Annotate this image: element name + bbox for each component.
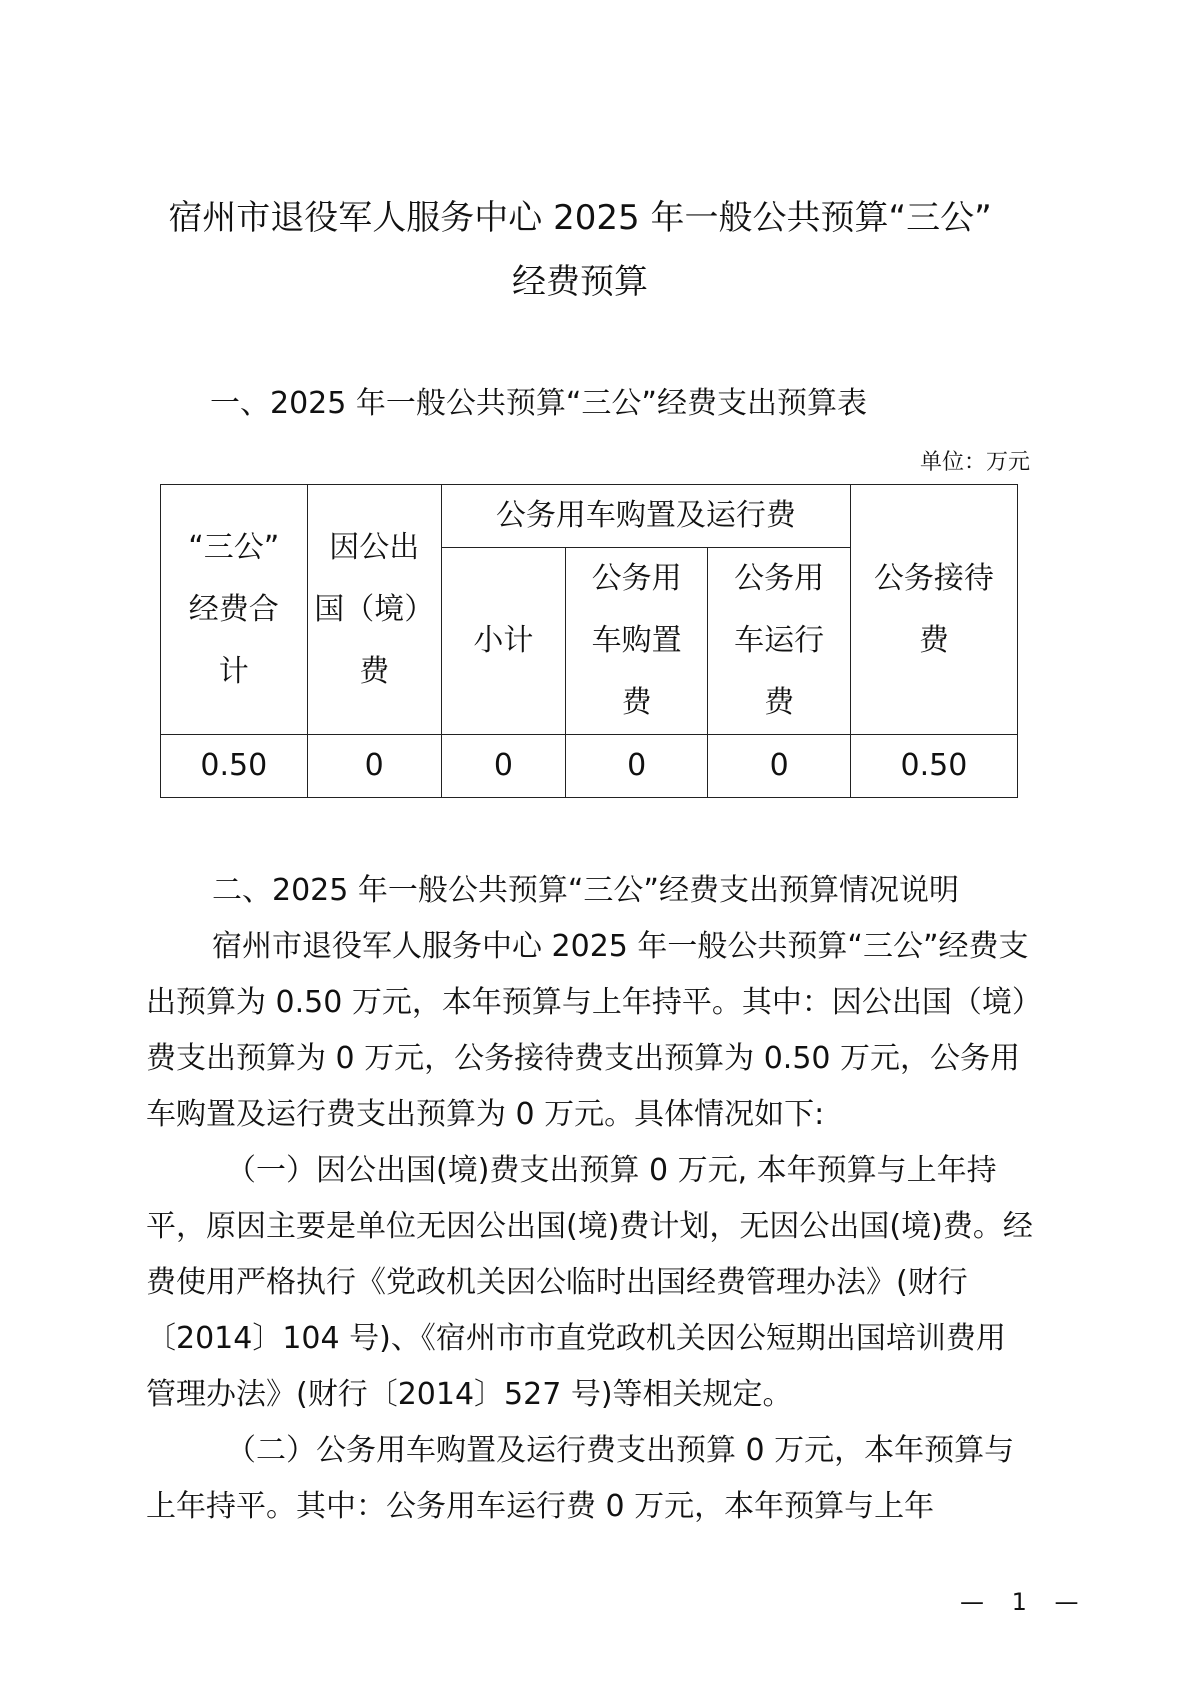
cell-vehicle-operation: 0	[708, 735, 850, 798]
header-vehicle-operation: 公务用 车运行 费	[708, 548, 850, 735]
page-number: — 1 —	[960, 1588, 1089, 1616]
cell-total: 0.50	[161, 735, 308, 798]
header-abroad: 因公出 国（境） 费	[307, 485, 441, 735]
paragraph-vehicle: （二）公务用车购置及运行费支出预算 0 万元，本年预算与上年持平。其中：公务用车…	[146, 1423, 1034, 1535]
header-reception: 公务接待 费	[850, 485, 1017, 735]
title-line-2: 经费预算	[130, 250, 1030, 314]
title-line-1: 宿州市退役军人服务中心 2025 年一般公共预算“三公”	[130, 186, 1030, 250]
header-vehicle-group: 公务用车购置及运行费	[441, 485, 850, 548]
unit-label: 单位：万元	[920, 445, 1030, 476]
cell-reception: 0.50	[850, 735, 1017, 798]
paragraph-summary: 宿州市退役军人服务中心 2025 年一般公共预算“三公”经费支出预算为 0.50…	[146, 919, 1034, 1143]
header-total: “三公” 经费合 计	[161, 485, 308, 735]
cell-subtotal: 0	[441, 735, 565, 798]
section2-heading: 二、2025 年一般公共预算“三公”经费支出预算情况说明	[146, 863, 1034, 919]
header-subtotal: 小计	[441, 548, 565, 735]
section1-heading: 一、2025 年一般公共预算“三公”经费支出预算表	[210, 378, 867, 422]
header-vehicle-purchase: 公务用 车购置 费	[565, 548, 707, 735]
document-title: 宿州市退役军人服务中心 2025 年一般公共预算“三公” 经费预算	[130, 186, 1030, 314]
cell-abroad: 0	[307, 735, 441, 798]
paragraph-abroad: （一）因公出国(境)费支出预算 0 万元, 本年预算与上年持平，原因主要是单位无…	[146, 1143, 1034, 1423]
budget-table: “三公” 经费合 计 因公出 国（境） 费 公务用车购置及运行费 公务接待 费 …	[160, 484, 1018, 798]
cell-vehicle-purchase: 0	[565, 735, 707, 798]
table-row: 0.50 0 0 0 0 0.50	[161, 735, 1018, 798]
